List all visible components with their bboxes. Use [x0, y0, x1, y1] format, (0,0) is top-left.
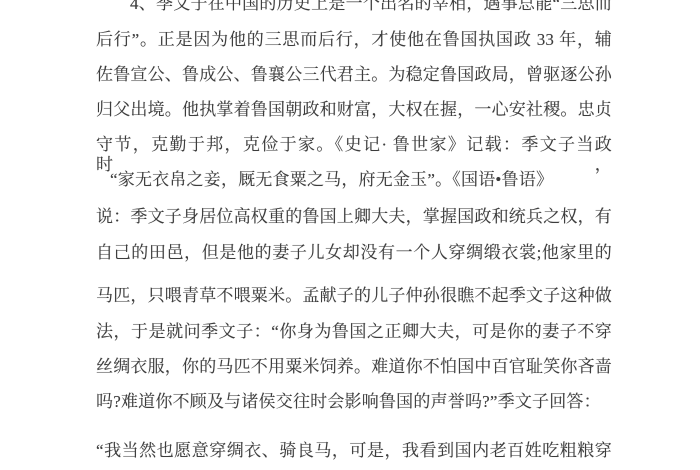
text-line: “我当然也愿意穿绸衣、骑良马，可是，我看到国内老百姓吃粗粮穿: [96, 441, 612, 461]
text-line: 自己的田邑，但是他的妻子儿女却没有一个人穿绸缎衣裳;他家里的: [96, 243, 612, 263]
text-line: 法，于是就问季文子：“你身为鲁国之正卿大夫，可是你的妻子不穿: [96, 322, 612, 342]
text-line: 佐鲁宣公、鲁成公、鲁襄公三代君主。为稳定鲁国政局，曾驱逐公孙: [96, 65, 612, 85]
text-line: “家无衣帛之妾，厩无食粟之马，府无金玉”。《国语•鲁语》: [96, 170, 612, 190]
text-line: 归父出境。他执掌着鲁国朝政和财富，大权在握，一心安社稷。忠贞: [96, 100, 612, 120]
text-line: 马匹，只喂青草不喂粟米。孟献子的儿子仲孙很瞧不起季文子这种做: [96, 286, 612, 306]
text-line: 4、季文子在中国的历史上是一个出名的宰相，遇事总能“三思而: [130, 0, 612, 14]
text-line: 守节，克勤于邦，克俭于家。《史记· 鲁世家》记载：季文子当政时，: [96, 135, 612, 175]
text-line: 后行”。正是因为他的三思而后行，才使他在鲁国执国政 33 年，辅: [96, 30, 612, 50]
text-line: 吗?难道你不顾及与诸侯交往时会影响鲁国的声誉吗?”季文子回答：: [96, 392, 612, 412]
text-line: 说：季文子身居位高权重的鲁国上卿大夫，掌握国政和统兵之权，有: [96, 207, 612, 227]
text-line: 丝绸衣服，你的马匹不用粟米饲养。难道你不怕国中百官耻笑你吝啬: [96, 357, 612, 377]
document-page: 4、季文子在中国的历史上是一个出名的宰相，遇事总能“三思而 后行”。正是因为他的…: [0, 0, 700, 470]
